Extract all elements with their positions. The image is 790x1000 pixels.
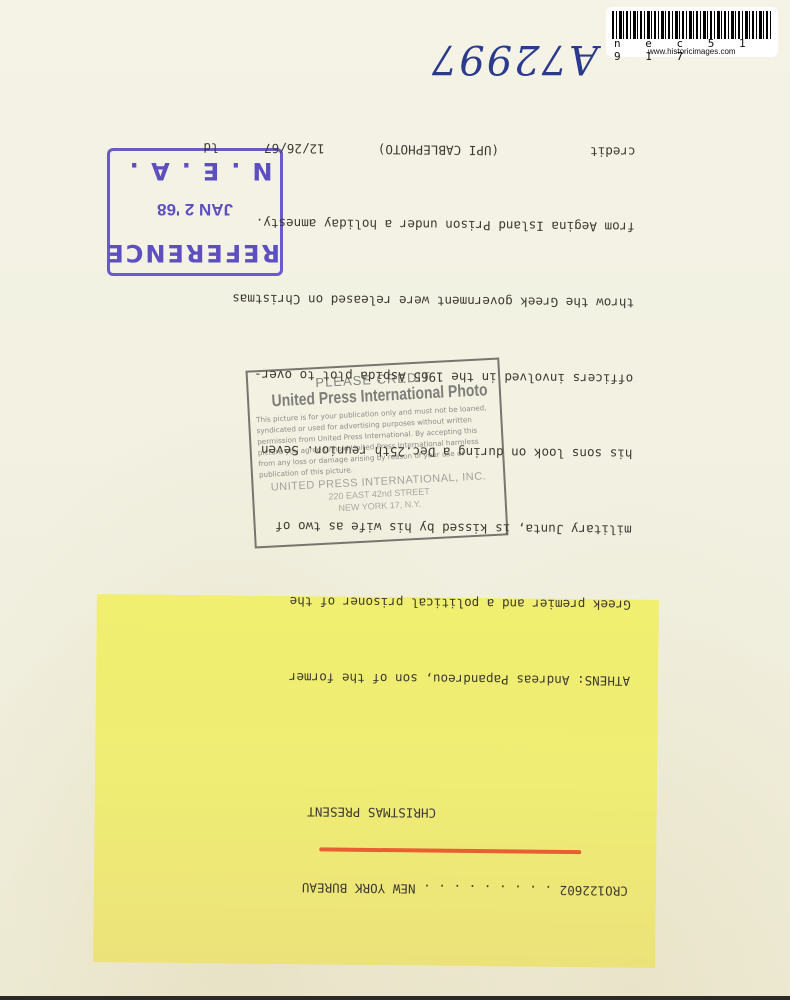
caption-line-3: military Junta, is kissed by his wife as… <box>118 512 632 543</box>
caption-credit-source: (UPI CABLEPHOTO) <box>378 142 499 158</box>
caption-text-block: CRO122602 . . . . . . . . . NEW YORK BUR… <box>93 594 659 968</box>
caption-line-1: ATHENS: Andreas Papandreou, son of the f… <box>116 663 630 694</box>
caption-line-7: from Aegina Island Prison under a holida… <box>121 210 635 241</box>
scan-bottom-edge <box>0 996 790 1000</box>
caption-headline: CHRISTMAS PRESENT <box>115 797 629 828</box>
caption-initials: ld <box>203 140 218 155</box>
barcode-website: www.historicimages.com <box>648 47 736 56</box>
caption-bureau: NEW YORK BUREAU <box>302 880 416 896</box>
caption-credit-label: credit <box>590 144 636 159</box>
caption-line-5: officers involved in the 1965 Aspida plo… <box>119 361 633 392</box>
caption-line-4: his sons look on during a Dec.25th reuni… <box>118 436 632 467</box>
handwritten-archive-number: A72997 <box>448 34 598 84</box>
caption-label: CRO122602 . . . . . . . . . NEW YORK BUR… <box>93 594 659 968</box>
caption-line-2: Greek premier and a political prisoner o… <box>117 587 631 618</box>
caption-line-6: throw the Greek government were released… <box>120 285 634 316</box>
caption-header: CRO122602 . . . . . . . . . NEW YORK BUR… <box>114 873 628 904</box>
caption-dots: . . . . . . . . . <box>415 881 559 898</box>
barcode-icon <box>612 11 772 39</box>
barcode-sticker: n e c 5 1 9 1 7 www.historicimages.com <box>606 7 778 57</box>
caption-date: 12/26/67 <box>264 141 325 157</box>
caption-id: CRO122602 <box>560 883 628 899</box>
caption-credit-line: credit (UPI CABLEPHOTO) 12/26/67 ld <box>121 134 635 165</box>
